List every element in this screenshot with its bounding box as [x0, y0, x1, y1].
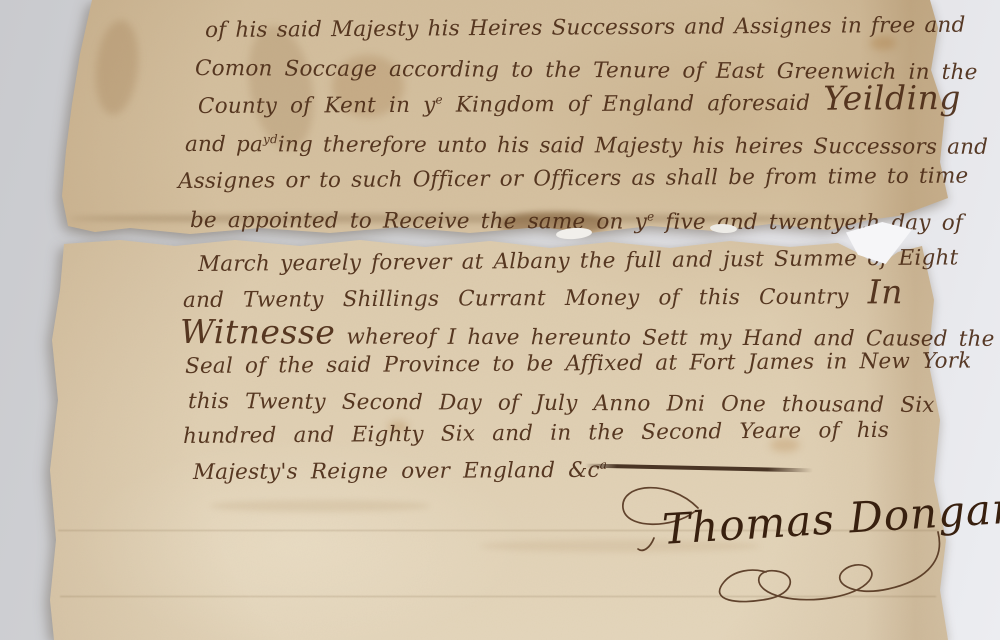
superscript: e: [435, 93, 442, 107]
superscript: yd: [263, 132, 278, 146]
line-text: and Twenty Shillings Currant Money of th…: [183, 284, 868, 313]
manuscript-line: Majesty's Reigne over England &ca: [193, 446, 607, 487]
line-text: County of Kent in y: [198, 93, 436, 119]
manuscript-line: and Twenty Shillings Currant Money of th…: [183, 272, 903, 315]
manuscript-text: of his said Majesty his Heires Successor…: [0, 0, 1000, 640]
line-text: Assignes or to such Officer or Officers …: [178, 163, 969, 194]
manuscript-line: hundred and Eighty Six and in the Second…: [183, 406, 889, 451]
line-text: five and twentyeth day of: [654, 210, 963, 236]
line-text: and pa: [185, 132, 263, 157]
emphasized-word: In: [868, 272, 904, 311]
photograph-of-manuscript: of his said Majesty his Heires Successor…: [0, 0, 1000, 640]
line-text: of his said Majesty his Heires Successor…: [205, 13, 966, 43]
line-text: hundred and Eighty Six and in the Second…: [183, 418, 889, 449]
manuscript-line: County of Kent in ye Kingdom of England …: [198, 78, 961, 121]
manuscript-line: Assignes or to such Officer or Officers …: [178, 151, 969, 196]
line-text: Majesty's Reigne over England &c: [193, 458, 600, 485]
manuscript-line: Seal of the said Province to be Affixed …: [185, 337, 972, 381]
emphasized-word: Yeilding: [823, 78, 961, 118]
line-text: Seal of the said Province to be Affixed …: [185, 349, 972, 379]
line-text: Kingdom of England aforesaid: [443, 91, 824, 118]
manuscript-line: of his said Majesty his Heires Successor…: [205, 1, 966, 45]
